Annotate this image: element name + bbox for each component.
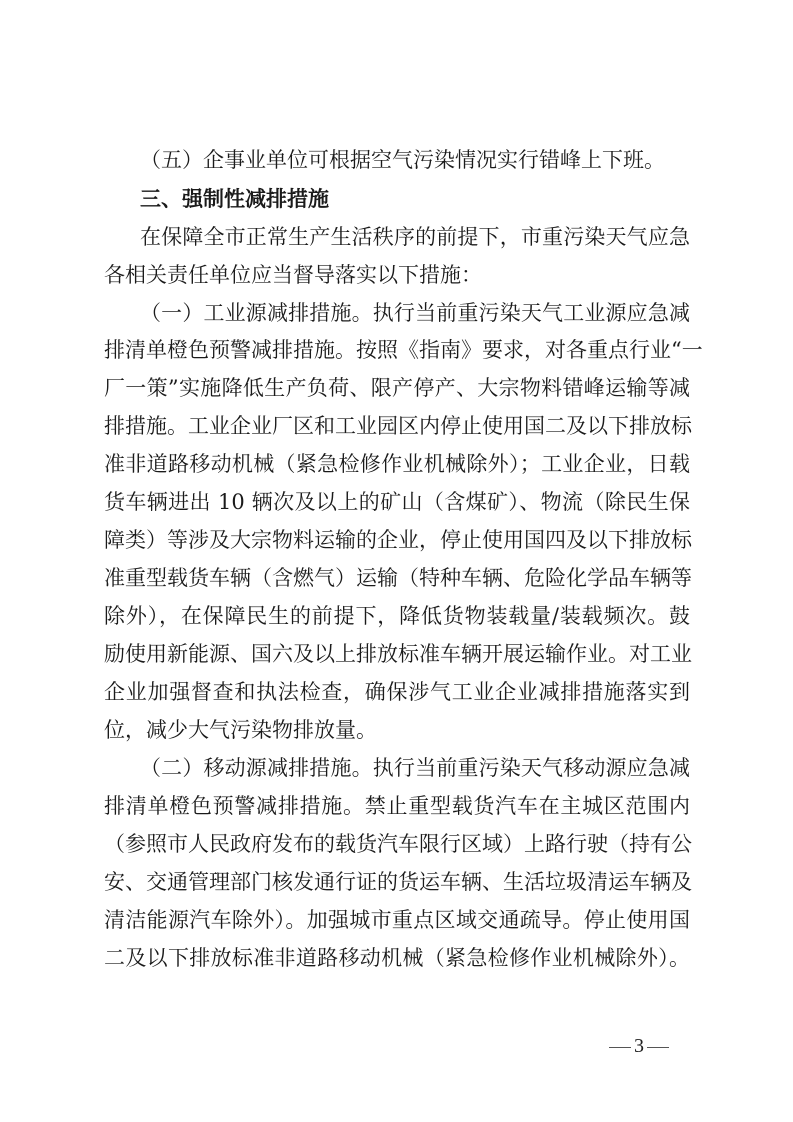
paragraph-line: 清洁能源汽车除外）。加强城市重点区域交通疏导。停止使用国 — [104, 901, 690, 939]
paragraph-line: 障类）等涉及大宗物料运输的企业，停止使用国四及以下排放标 — [104, 521, 690, 559]
paragraph-line: 安、交通管理部门核发通行证的货运车辆、生活垃圾清运车辆及 — [104, 863, 690, 901]
paragraph-line: 准非道路移动机械（紧急检修作业机械除外）；工业企业，日载 — [104, 445, 690, 483]
document-page: （五）企事业单位可根据空气污染情况实行错峰上下班。三、强制性减排措施在保障全市正… — [0, 0, 793, 1122]
paragraph-line: 企业加强督查和执法检查，确保涉气工业企业减排措施落实到 — [104, 673, 690, 711]
paragraph-line: 位，减少大气污染物排放量。 — [104, 711, 690, 749]
paragraph-line: 排措施。工业企业厂区和工业园区内停止使用国二及以下排放标 — [104, 407, 690, 445]
paragraph-line: 厂一策”实施降低生产负荷、限产停产、大宗物料错峰运输等减 — [104, 369, 690, 407]
paragraph-line: 排清单橙色预警减排措施。禁止重型载货汽车在主城区范围内 — [104, 787, 690, 825]
paragraph-line: 除外），在保障民生的前提下，降低货物装载量/装载频次。鼓 — [104, 597, 690, 635]
paragraph-line: （五）企事业单位可根据空气污染情况实行错峰上下班。 — [140, 141, 690, 179]
paragraph-line: （参照市人民政府发布的载货汽车限行区域）上路行驶（持有公 — [104, 825, 690, 863]
paragraph-line: 二及以下排放标准非道路移动机械（紧急检修作业机械除外）。 — [104, 939, 690, 977]
footer-dash-right — [647, 1047, 669, 1048]
paragraph-line: 各相关责任单位应当督导落实以下措施： — [104, 256, 690, 294]
paragraph-line: 排清单橙色预警减排措施。按照《指南》要求，对各重点行业“一 — [104, 331, 690, 369]
page-number: 3 — [634, 1035, 644, 1057]
paragraph-line: 货车辆进出 10 辆次及以上的矿山（含煤矿）、物流（除民生保 — [104, 483, 690, 521]
paragraph-line: （二）移动源减排措施。执行当前重污染天气移动源应急减 — [140, 749, 690, 787]
paragraph-line: 在保障全市正常生产生活秩序的前提下，市重污染天气应急 — [140, 218, 690, 256]
paragraph-line: （一）工业源减排措施。执行当前重污染天气工业源应急减 — [140, 294, 690, 332]
paragraph-line: 励使用新能源、国六及以上排放标准车辆开展运输作业。对工业 — [104, 635, 690, 673]
page-footer: 3 — [606, 1034, 672, 1058]
footer-dash-left — [609, 1047, 631, 1048]
section-heading: 三、强制性减排措施 — [140, 180, 690, 218]
paragraph-line: 准重型载货车辆（含燃气）运输（特种车辆、危险化学品车辆等 — [104, 559, 690, 597]
